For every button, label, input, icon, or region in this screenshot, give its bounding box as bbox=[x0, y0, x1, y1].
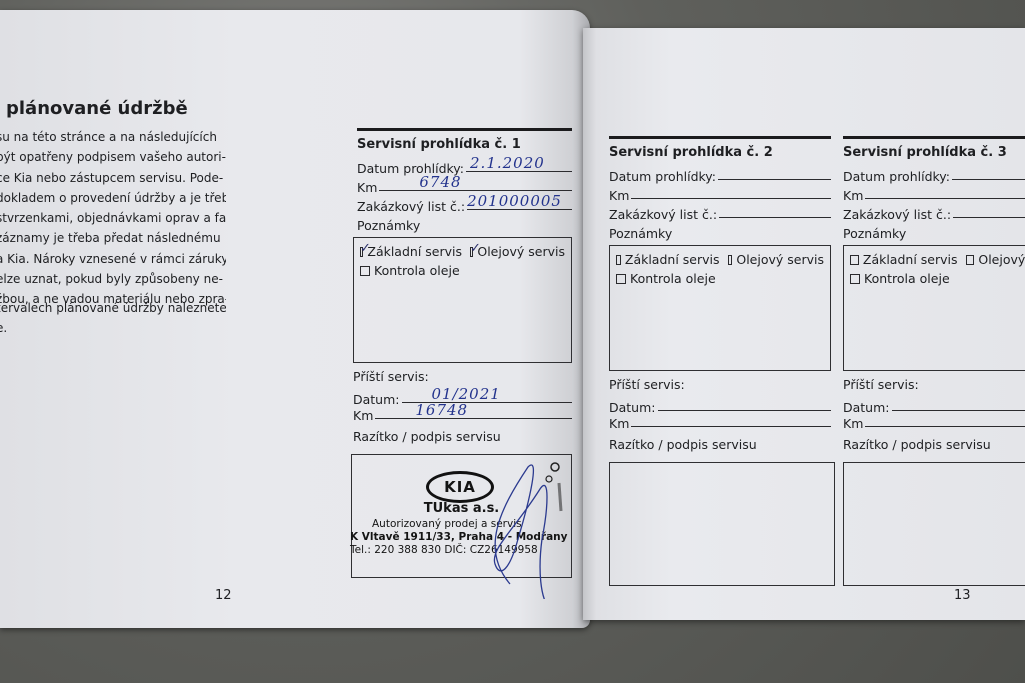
checkbox-icon[interactable] bbox=[966, 255, 975, 265]
field-label: Datum: bbox=[609, 400, 658, 415]
km-field[interactable]: Km bbox=[843, 184, 1025, 203]
stamp-label: Razítko / podpis servisu bbox=[353, 429, 572, 448]
text-line: a Kia. Nároky vznesené v rámci záruky bbox=[0, 249, 226, 269]
page-number: 13 bbox=[954, 588, 971, 603]
notes-box[interactable]: Základní servis Olejový servis Kontrola … bbox=[353, 237, 572, 363]
card-top-rule bbox=[357, 128, 572, 131]
next-km-field[interactable]: Km 16748 bbox=[353, 407, 572, 423]
inspection-date-field[interactable]: Datum prohlídky: bbox=[843, 165, 1025, 184]
field-label: Zakázkový list č.: bbox=[357, 199, 467, 214]
checkbox-icon[interactable] bbox=[728, 255, 733, 265]
notes-box[interactable]: Základní servis Olejový servis Kontrola … bbox=[843, 245, 1025, 371]
text-line: tervalech plánované údržby naleznete bbox=[0, 298, 226, 318]
checkbox-icon[interactable] bbox=[360, 266, 370, 276]
card-title: Servisní prohlídka č. 3 bbox=[843, 145, 1025, 165]
next-km-field[interactable]: Km bbox=[843, 415, 1025, 431]
handwritten-km: 6748 bbox=[419, 173, 461, 191]
inspection-date-field[interactable]: Datum prohlídky: bbox=[609, 165, 831, 184]
field-label: Datum prohlídky: bbox=[609, 169, 718, 184]
handwritten-next-km: 16748 bbox=[415, 401, 468, 419]
text-line: stvrzenkami, objednávkami oprav a fak- bbox=[0, 208, 226, 228]
notes-label: Poznámky bbox=[609, 222, 831, 241]
handwritten-date: 2.1.2020 bbox=[470, 154, 545, 172]
text-line: být opatřeny podpisem vašeho autori- bbox=[0, 147, 226, 167]
handwritten-order-number: 201000005 bbox=[467, 192, 562, 210]
notes-label: Poznámky bbox=[843, 222, 1025, 241]
notes-label: Poznámky bbox=[357, 214, 572, 233]
check-label: Olejový servis bbox=[736, 252, 824, 267]
text-line: ce Kia nebo zástupcem servisu. Pode- bbox=[0, 168, 226, 188]
service-card-3: Servisní prohlídka č. 3 Datum prohlídky:… bbox=[843, 136, 1025, 586]
section-heading: plánované údržbě bbox=[6, 98, 188, 119]
ink-smudge-icon bbox=[545, 461, 565, 521]
checkbox-checked-icon[interactable] bbox=[470, 247, 473, 257]
check-label: Základní servis bbox=[625, 252, 720, 267]
card-top-rule bbox=[609, 136, 831, 139]
text-line: záznamy je třeba předat následnému bbox=[0, 228, 226, 248]
stamp-label: Razítko / podpis servisu bbox=[609, 437, 831, 456]
card-top-rule bbox=[843, 136, 1025, 139]
stamp-box[interactable]: KIA TUkas a.s. Autorizovaný prodej a ser… bbox=[351, 454, 572, 578]
field-label: Km bbox=[357, 180, 379, 195]
text-line: elze uznat, pokud byly způsobeny ne- bbox=[0, 269, 226, 289]
check-label: Kontrola oleje bbox=[864, 271, 950, 286]
check-label: Olejový servis bbox=[477, 244, 565, 259]
text-line: e. bbox=[0, 318, 226, 338]
intro-paragraph: su na této stránce a na následujících bý… bbox=[0, 127, 226, 310]
stamp-label: Razítko / podpis servisu bbox=[843, 437, 1025, 456]
km-field[interactable]: Km bbox=[609, 184, 831, 203]
order-number-field[interactable]: Zakázkový list č.: 201000005 bbox=[357, 195, 572, 214]
check-label: Olejový servis bbox=[978, 252, 1025, 267]
next-service-label: Příští servis: bbox=[609, 377, 831, 396]
field-label: Datum prohlídky: bbox=[843, 169, 952, 184]
field-label: Km bbox=[843, 416, 865, 431]
stamp-box[interactable] bbox=[843, 462, 1025, 586]
next-date-field[interactable]: Datum: bbox=[843, 396, 1025, 415]
field-label: Datum: bbox=[353, 392, 402, 407]
page-number: 12 bbox=[215, 588, 232, 603]
check-label: Základní servis bbox=[863, 252, 958, 267]
field-label: Zakázkový list č.: bbox=[609, 207, 719, 222]
stamp-box[interactable] bbox=[609, 462, 835, 586]
checkbox-icon[interactable] bbox=[850, 274, 860, 284]
notes-box[interactable]: Základní servis Olejový servis Kontrola … bbox=[609, 245, 831, 371]
left-page: plánované údržbě su na této stránce a na… bbox=[0, 10, 590, 628]
checkbox-icon[interactable] bbox=[616, 255, 621, 265]
service-card-2: Servisní prohlídka č. 2 Datum prohlídky:… bbox=[609, 136, 831, 586]
field-label: Km bbox=[609, 416, 631, 431]
checkbox-icon[interactable] bbox=[850, 255, 859, 265]
checkbox-icon[interactable] bbox=[616, 274, 626, 284]
order-number-field[interactable]: Zakázkový list č.: bbox=[843, 203, 1025, 222]
card-title: Servisní prohlídka č. 2 bbox=[609, 145, 831, 165]
check-label: Kontrola oleje bbox=[374, 263, 460, 278]
field-label: Zakázkový list č.: bbox=[843, 207, 953, 222]
note-paragraph: tervalech plánované údržby naleznete e. bbox=[0, 298, 226, 338]
field-label: Km bbox=[353, 408, 375, 423]
check-label: Základní servis bbox=[367, 244, 462, 259]
service-card-1: Servisní prohlídka č. 1 Datum prohlídky:… bbox=[357, 128, 572, 578]
next-date-field[interactable]: Datum: bbox=[609, 396, 831, 415]
field-label: Km bbox=[843, 188, 865, 203]
next-km-field[interactable]: Km bbox=[609, 415, 831, 431]
right-page: Servisní prohlídka č. 2 Datum prohlídky:… bbox=[583, 28, 1025, 620]
checkbox-checked-icon[interactable] bbox=[360, 247, 363, 257]
text-line: su na této stránce a na následujících bbox=[0, 127, 226, 147]
inspection-date-field[interactable]: Datum prohlídky: 2.1.2020 bbox=[357, 157, 572, 176]
order-number-field[interactable]: Zakázkový list č.: bbox=[609, 203, 831, 222]
field-label: Datum: bbox=[843, 400, 892, 415]
next-service-label: Příští servis: bbox=[843, 377, 1025, 396]
check-label: Kontrola oleje bbox=[630, 271, 716, 286]
field-label: Km bbox=[609, 188, 631, 203]
text-line: dokladem o provedení údržby a je třeba bbox=[0, 188, 226, 208]
